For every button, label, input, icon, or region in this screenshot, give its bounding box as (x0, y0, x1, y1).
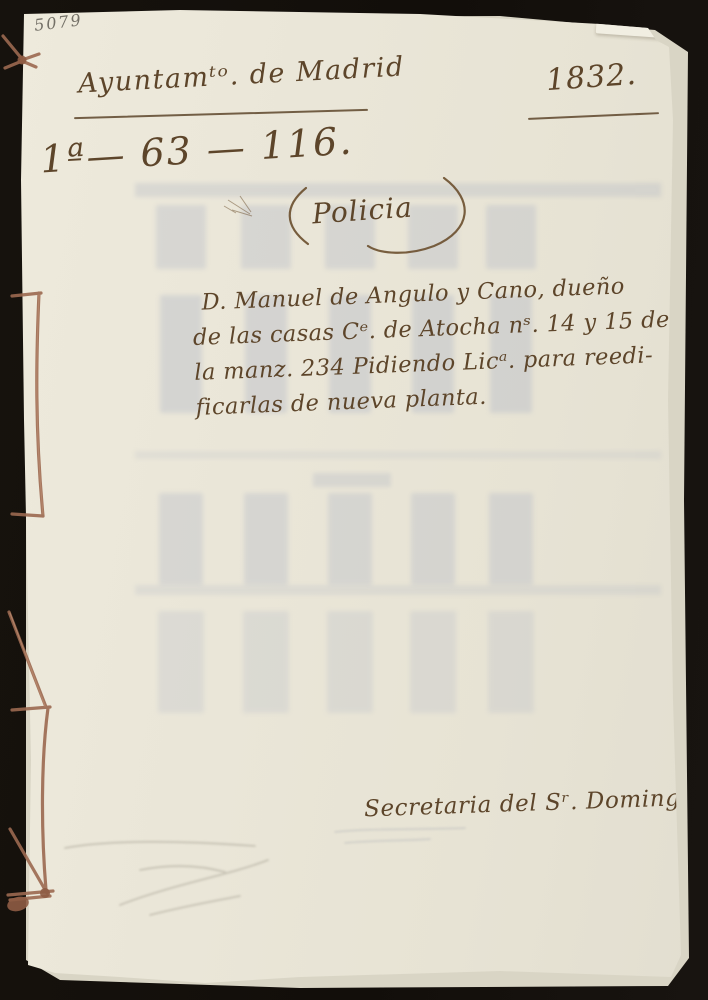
ghost-window (158, 611, 204, 713)
ghost-window (244, 493, 288, 585)
ghost-window (159, 493, 203, 585)
ghost-cornice-band (135, 585, 661, 595)
ghost-window (328, 493, 372, 585)
ink-scratch-marks (222, 190, 267, 225)
bleedthrough-facade (95, 183, 661, 743)
ghost-window (241, 205, 291, 269)
docket-number: 1ª— 63 — 116. (39, 118, 355, 181)
signature-line: Secretaria del Sʳ. Dominguez. (364, 784, 708, 823)
ghost-window (243, 611, 289, 713)
ghost-window (408, 205, 458, 269)
ghost-window (327, 611, 373, 713)
ghost-cornice-band (135, 451, 661, 459)
header-year: 1832. (545, 57, 638, 98)
section-title: Policia (311, 191, 414, 231)
year-underline (528, 112, 659, 120)
ghost-window (156, 205, 206, 269)
faint-pencil-annotation (50, 825, 490, 935)
ghost-window (489, 493, 533, 585)
body-paragraph: D. Manuel de Angulo y Cano, dueño de las… (191, 268, 676, 426)
ghost-window (486, 205, 536, 269)
header-office-title: Ayuntamᵗᵒ. de Madrid (77, 51, 405, 99)
archive-number: 5079 (33, 10, 84, 35)
ghost-door-lintel (313, 473, 391, 487)
header-underline (74, 109, 368, 119)
photographed-archival-document: 5079 Ayuntamᵗᵒ. de Madrid 1832. 1ª— 63 —… (0, 0, 708, 1000)
ghost-window (411, 493, 455, 585)
ghost-window (410, 611, 456, 713)
manuscript-page: 5079 Ayuntamᵗᵒ. de Madrid 1832. 1ª— 63 —… (0, 0, 708, 1000)
ghost-window (488, 611, 534, 713)
